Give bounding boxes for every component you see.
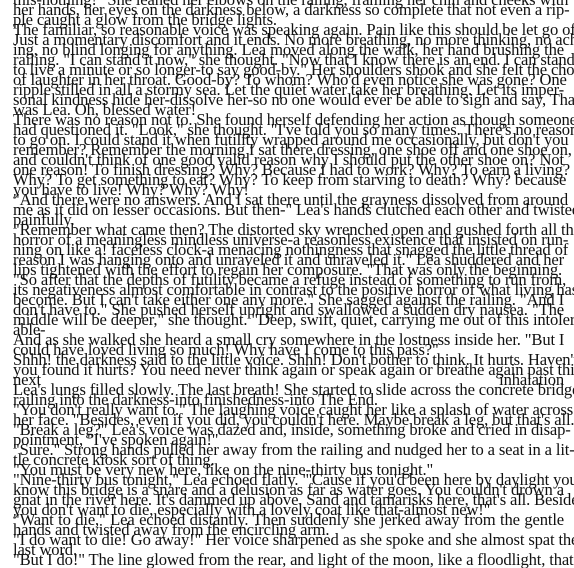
text-line: "But I do!" The line glowed from the rea… — [13, 555, 564, 565]
story-text-body: this-nothing!" She leaned her elbows on … — [13, 0, 564, 565]
text-line: you found it hurts? You need never think… — [13, 365, 564, 375]
text-line: "I do want to die! Go away!" Her voice s… — [13, 535, 564, 545]
text-line: middle will be deeper," she thought. "De… — [13, 315, 564, 325]
text-line: me as it did on lesser occasions. But th… — [13, 205, 564, 215]
document-page: this-nothing!" She leaned her elbows on … — [0, 0, 574, 568]
